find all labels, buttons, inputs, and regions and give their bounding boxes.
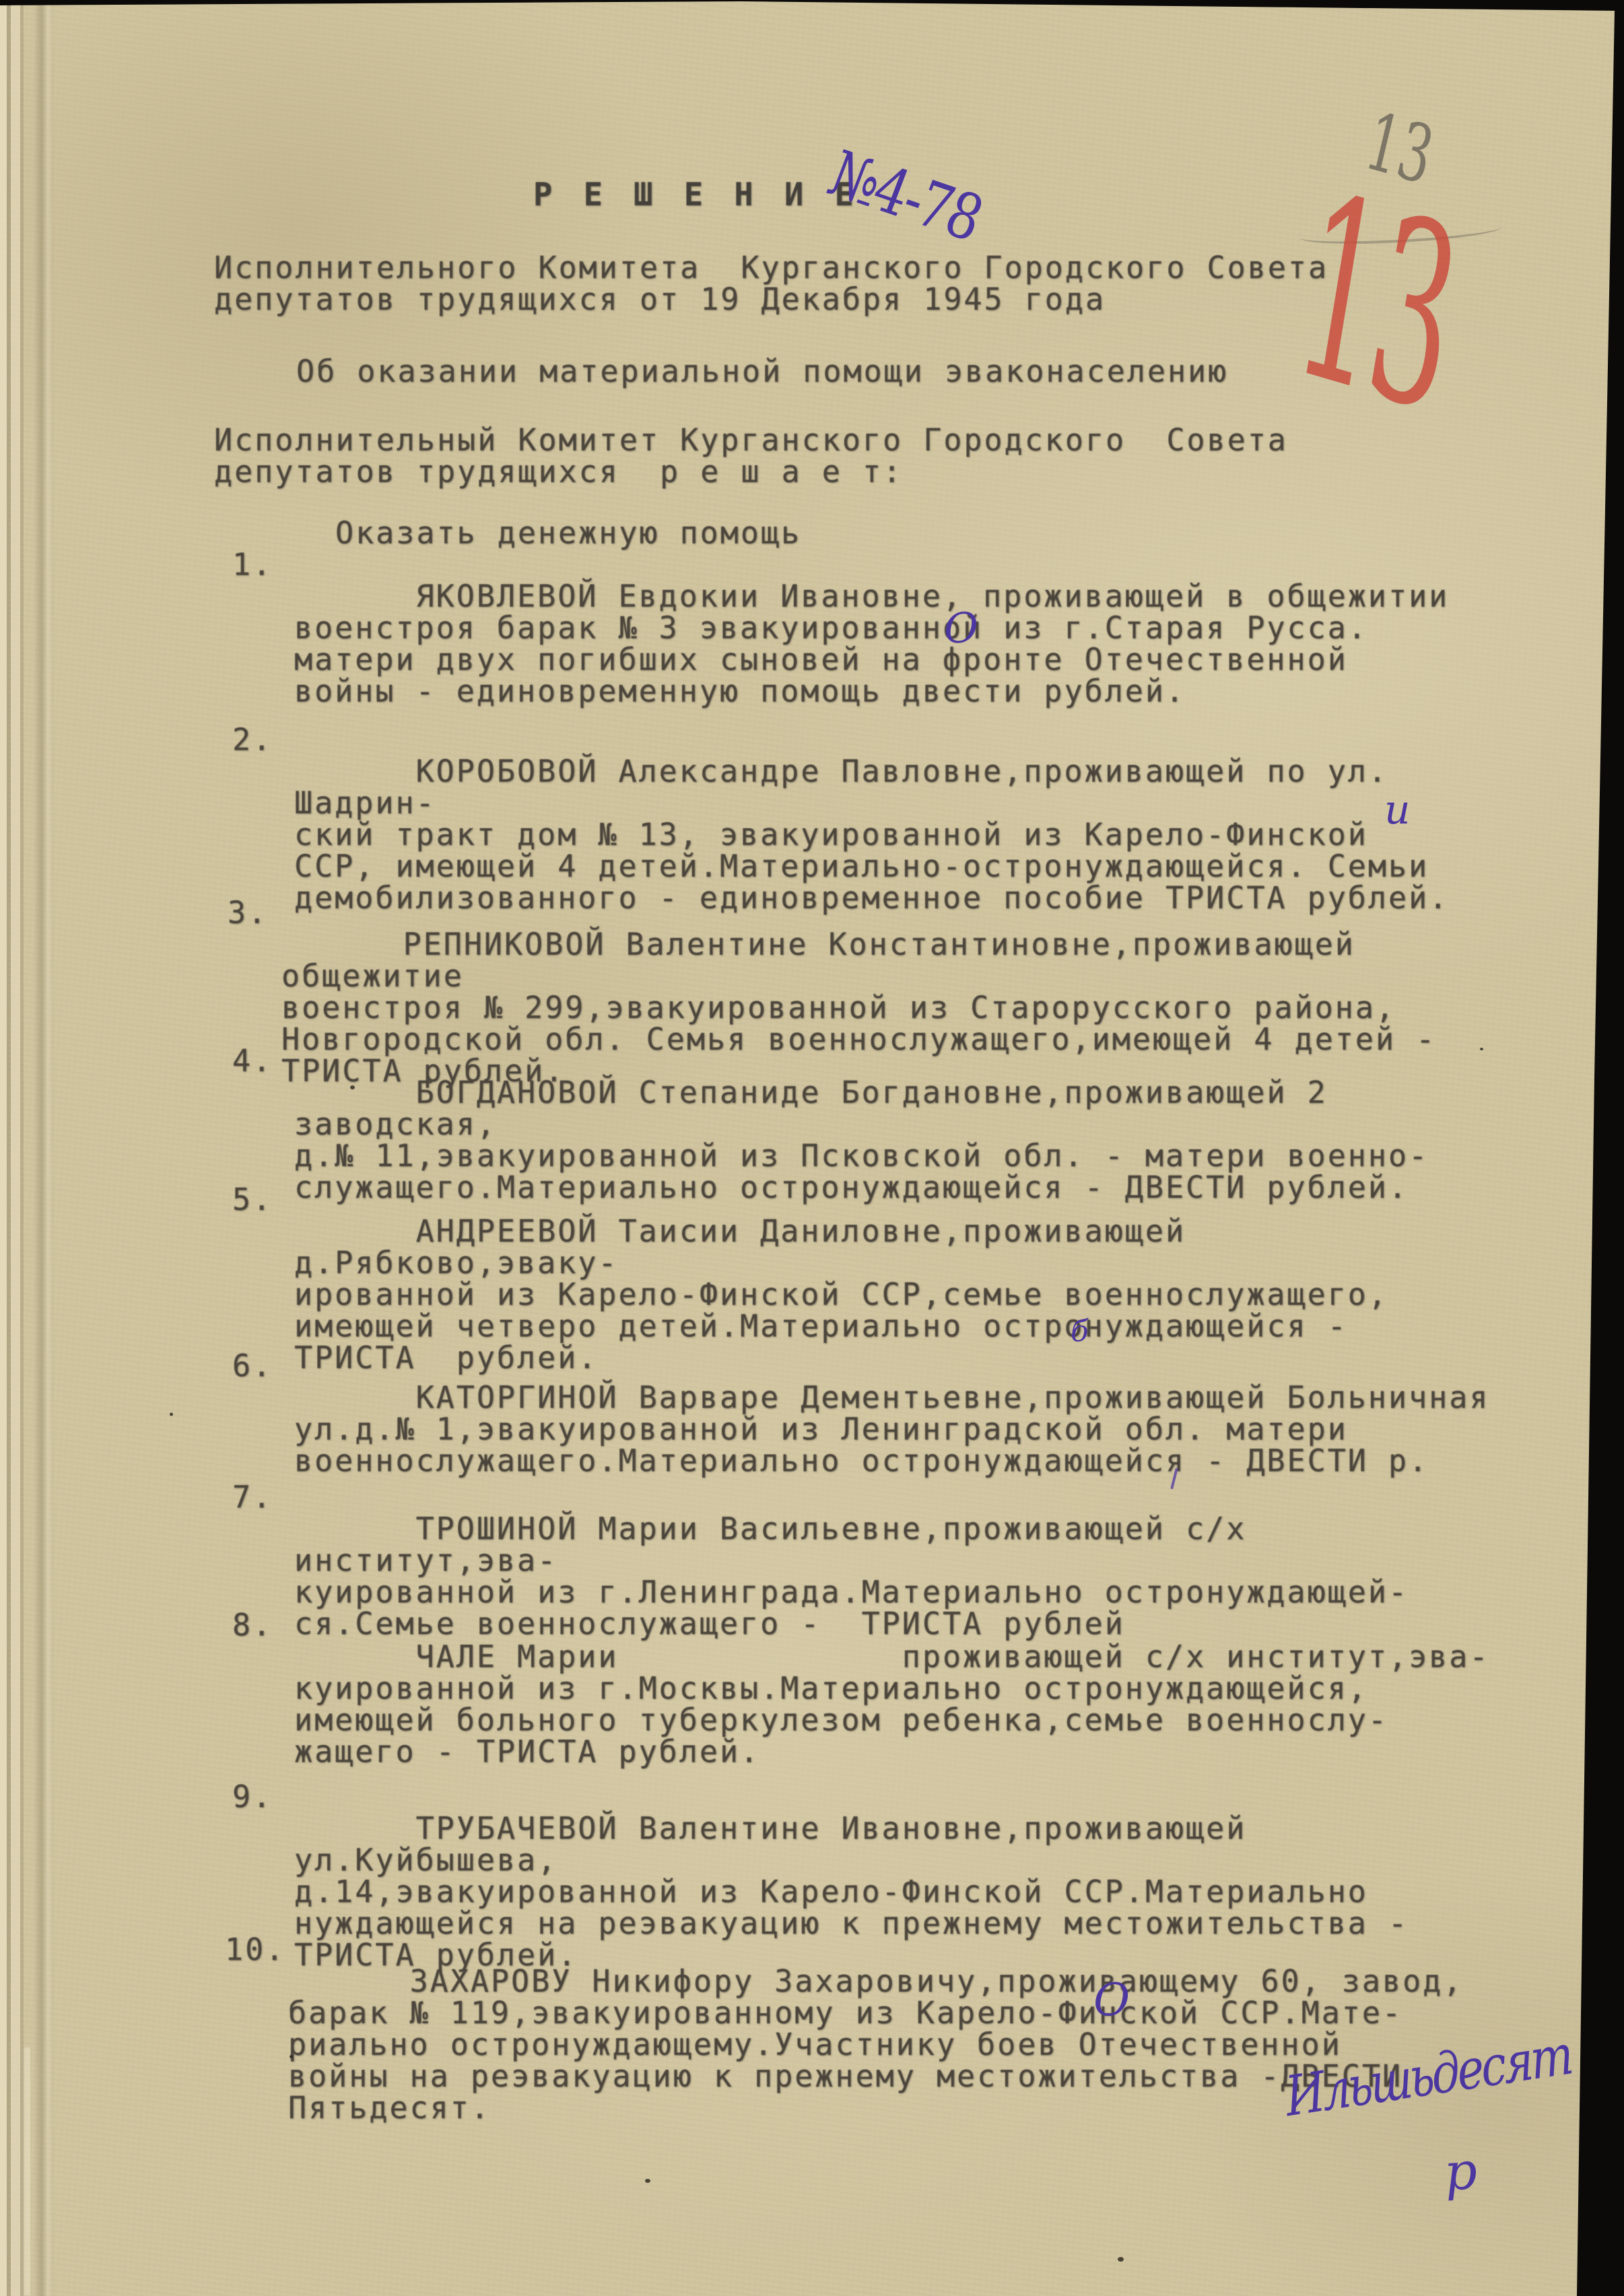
item-number: 9. — [232, 1781, 273, 1813]
item-text: ЯКОВЛЕВОЙ Евдокии Ивановне, проживающей … — [294, 578, 1449, 709]
subject-line: Об оказании материальной помощи эваконас… — [296, 356, 1441, 387]
item-number: 3. — [228, 897, 268, 928]
decision-item-8: 8.ЧАЛЕ Марии проживающей с/х институт,эв… — [294, 1609, 1513, 1799]
ink-correction-b-item6: б — [1071, 1314, 1089, 1349]
decision-number-handwritten: №4-78 — [825, 135, 985, 257]
item-text: ЧАЛЕ Марии проживающей с/х институт,эва-… — [294, 1639, 1489, 1769]
item-number: 2. — [232, 724, 273, 755]
page-edge-strip — [0, 0, 7, 2296]
paper-speck — [1480, 1048, 1483, 1050]
item-text: КАТОРГИНОЙ Варваре Дементьевне,проживающ… — [294, 1380, 1489, 1479]
paper-speck — [1118, 2257, 1124, 2262]
item-number: 8. — [232, 1609, 273, 1641]
item-number: 6. — [232, 1350, 273, 1382]
ink-correction-i-item2: и — [1384, 786, 1411, 834]
red-page-number: 13 — [1296, 170, 1454, 438]
item-number: 5. — [232, 1184, 273, 1215]
item-number: 10. — [225, 1934, 285, 1965]
page-edge-strip — [11, 0, 20, 2296]
signature-flourish: р — [1442, 2140, 1479, 2202]
paper-speck — [170, 1413, 173, 1416]
page-edge-shadow — [20, 0, 24, 2296]
ink-correction-o-item1: О — [944, 603, 978, 652]
item-text: КОРОБОВОЙ Александре Павловне,проживающе… — [294, 753, 1449, 916]
resolve-paragraph: Исполнительный Комитет Курганского Город… — [214, 424, 1493, 487]
binding-crease — [34, 0, 54, 2296]
paper-sheet: Р Е Ш Е Н И Е Исполнительного Комитета К… — [0, 0, 1624, 2296]
item-number: 1. — [232, 549, 273, 580]
paper-speck — [350, 1085, 355, 1089]
item-number: 4. — [232, 1045, 273, 1077]
scanned-page: Р Е Ш Е Н И Е Исполнительного Комитета К… — [0, 0, 1624, 2296]
page-edge-strip — [22, 2047, 30, 2296]
intro-paragraph: Исполнительного Комитета Курганского Гор… — [214, 252, 1493, 315]
item-number: 7. — [232, 1481, 273, 1513]
paper-speck — [290, 2055, 293, 2058]
list-heading: Оказать денежную помощь — [335, 517, 801, 549]
ink-correction-o-item10: О — [1093, 1974, 1130, 2026]
decision-item-1: 1.ЯКОВЛЕВОЙ Евдокии Ивановне, проживающе… — [294, 549, 1513, 739]
paper-speck — [645, 2179, 650, 2183]
page-title: Р Е Ш Е Н И Е — [533, 179, 860, 211]
